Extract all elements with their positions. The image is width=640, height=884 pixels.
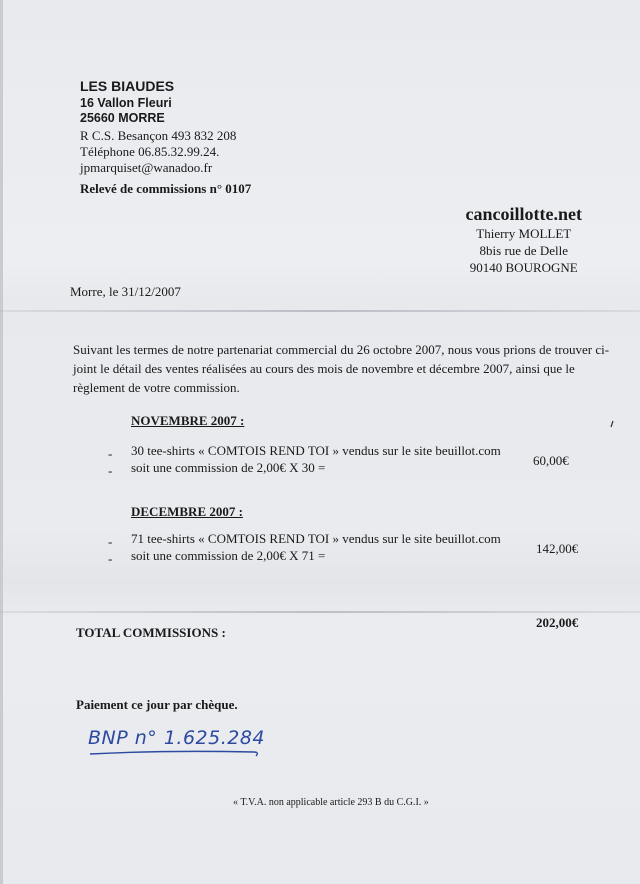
month-heading-december: DECEMBRE 2007 : [131, 504, 243, 520]
payment-note: Paiement ce jour par chèque. [76, 697, 238, 713]
handwritten-check-number: BNP n° 1.625.284 [86, 718, 286, 768]
bullet-dash: - [108, 446, 112, 462]
bullet-dash: - [108, 551, 112, 567]
recipient-contact: Thierry MOLLET [466, 225, 582, 242]
paper-edge [0, 0, 3, 884]
handwritten-underline [90, 751, 257, 756]
vat-footer-note: « T.V.A. non applicable article 293 B du… [233, 797, 429, 808]
sender-email: jpmarquiset@wanadoo.fr [80, 160, 212, 176]
bullet-dash: - [108, 463, 112, 479]
sender-street: 16 Vallon Fleuri [80, 96, 172, 110]
sender-phone: Téléphone 06.85.32.99.24. [80, 144, 219, 160]
line-item-description: 71 tee-shirts « COMTOIS REND TOI » vendu… [131, 531, 501, 547]
sender-name: LES BIAUDES [80, 78, 174, 94]
total-label: TOTAL COMMISSIONS : [76, 625, 226, 641]
amount-november: 60,00€ [533, 453, 569, 469]
pen-mark [609, 420, 615, 428]
recipient-street: 8bis rue de Delle [466, 242, 582, 259]
recipient-city: 90140 BOUROGNE [466, 259, 582, 276]
line-item-commission: soit une commission de 2,00€ X 71 = [131, 548, 325, 564]
scanned-letter-page: LES BIAUDES 16 Vallon Fleuri 25660 MORRE… [0, 0, 640, 884]
statement-title: Relevé de commissions n° 0107 [80, 181, 251, 197]
fold-line [0, 310, 640, 312]
intro-paragraph: Suivant les termes de notre partenariat … [73, 340, 613, 397]
total-amount: 202,00€ [536, 615, 578, 631]
line-item-description: 30 tee-shirts « COMTOIS REND TOI » vendu… [131, 443, 501, 459]
month-heading-november: NOVEMBRE 2007 : [131, 413, 244, 429]
fold-line [0, 611, 640, 613]
handwritten-text: BNP n° 1.625.284 [88, 727, 265, 749]
recipient-block: cancoillotte.net Thierry MOLLET 8bis rue… [466, 203, 582, 276]
amount-december: 142,00€ [536, 541, 578, 557]
bullet-dash: - [108, 534, 112, 550]
sender-rcs: R C.S. Besançon 493 832 208 [80, 128, 236, 144]
sender-city: 25660 MORRE [80, 111, 165, 125]
place-date: Morre, le 31/12/2007 [70, 284, 181, 300]
recipient-name: cancoillotte.net [466, 203, 582, 225]
line-item-commission: soit une commission de 2,00€ X 30 = [131, 460, 325, 476]
